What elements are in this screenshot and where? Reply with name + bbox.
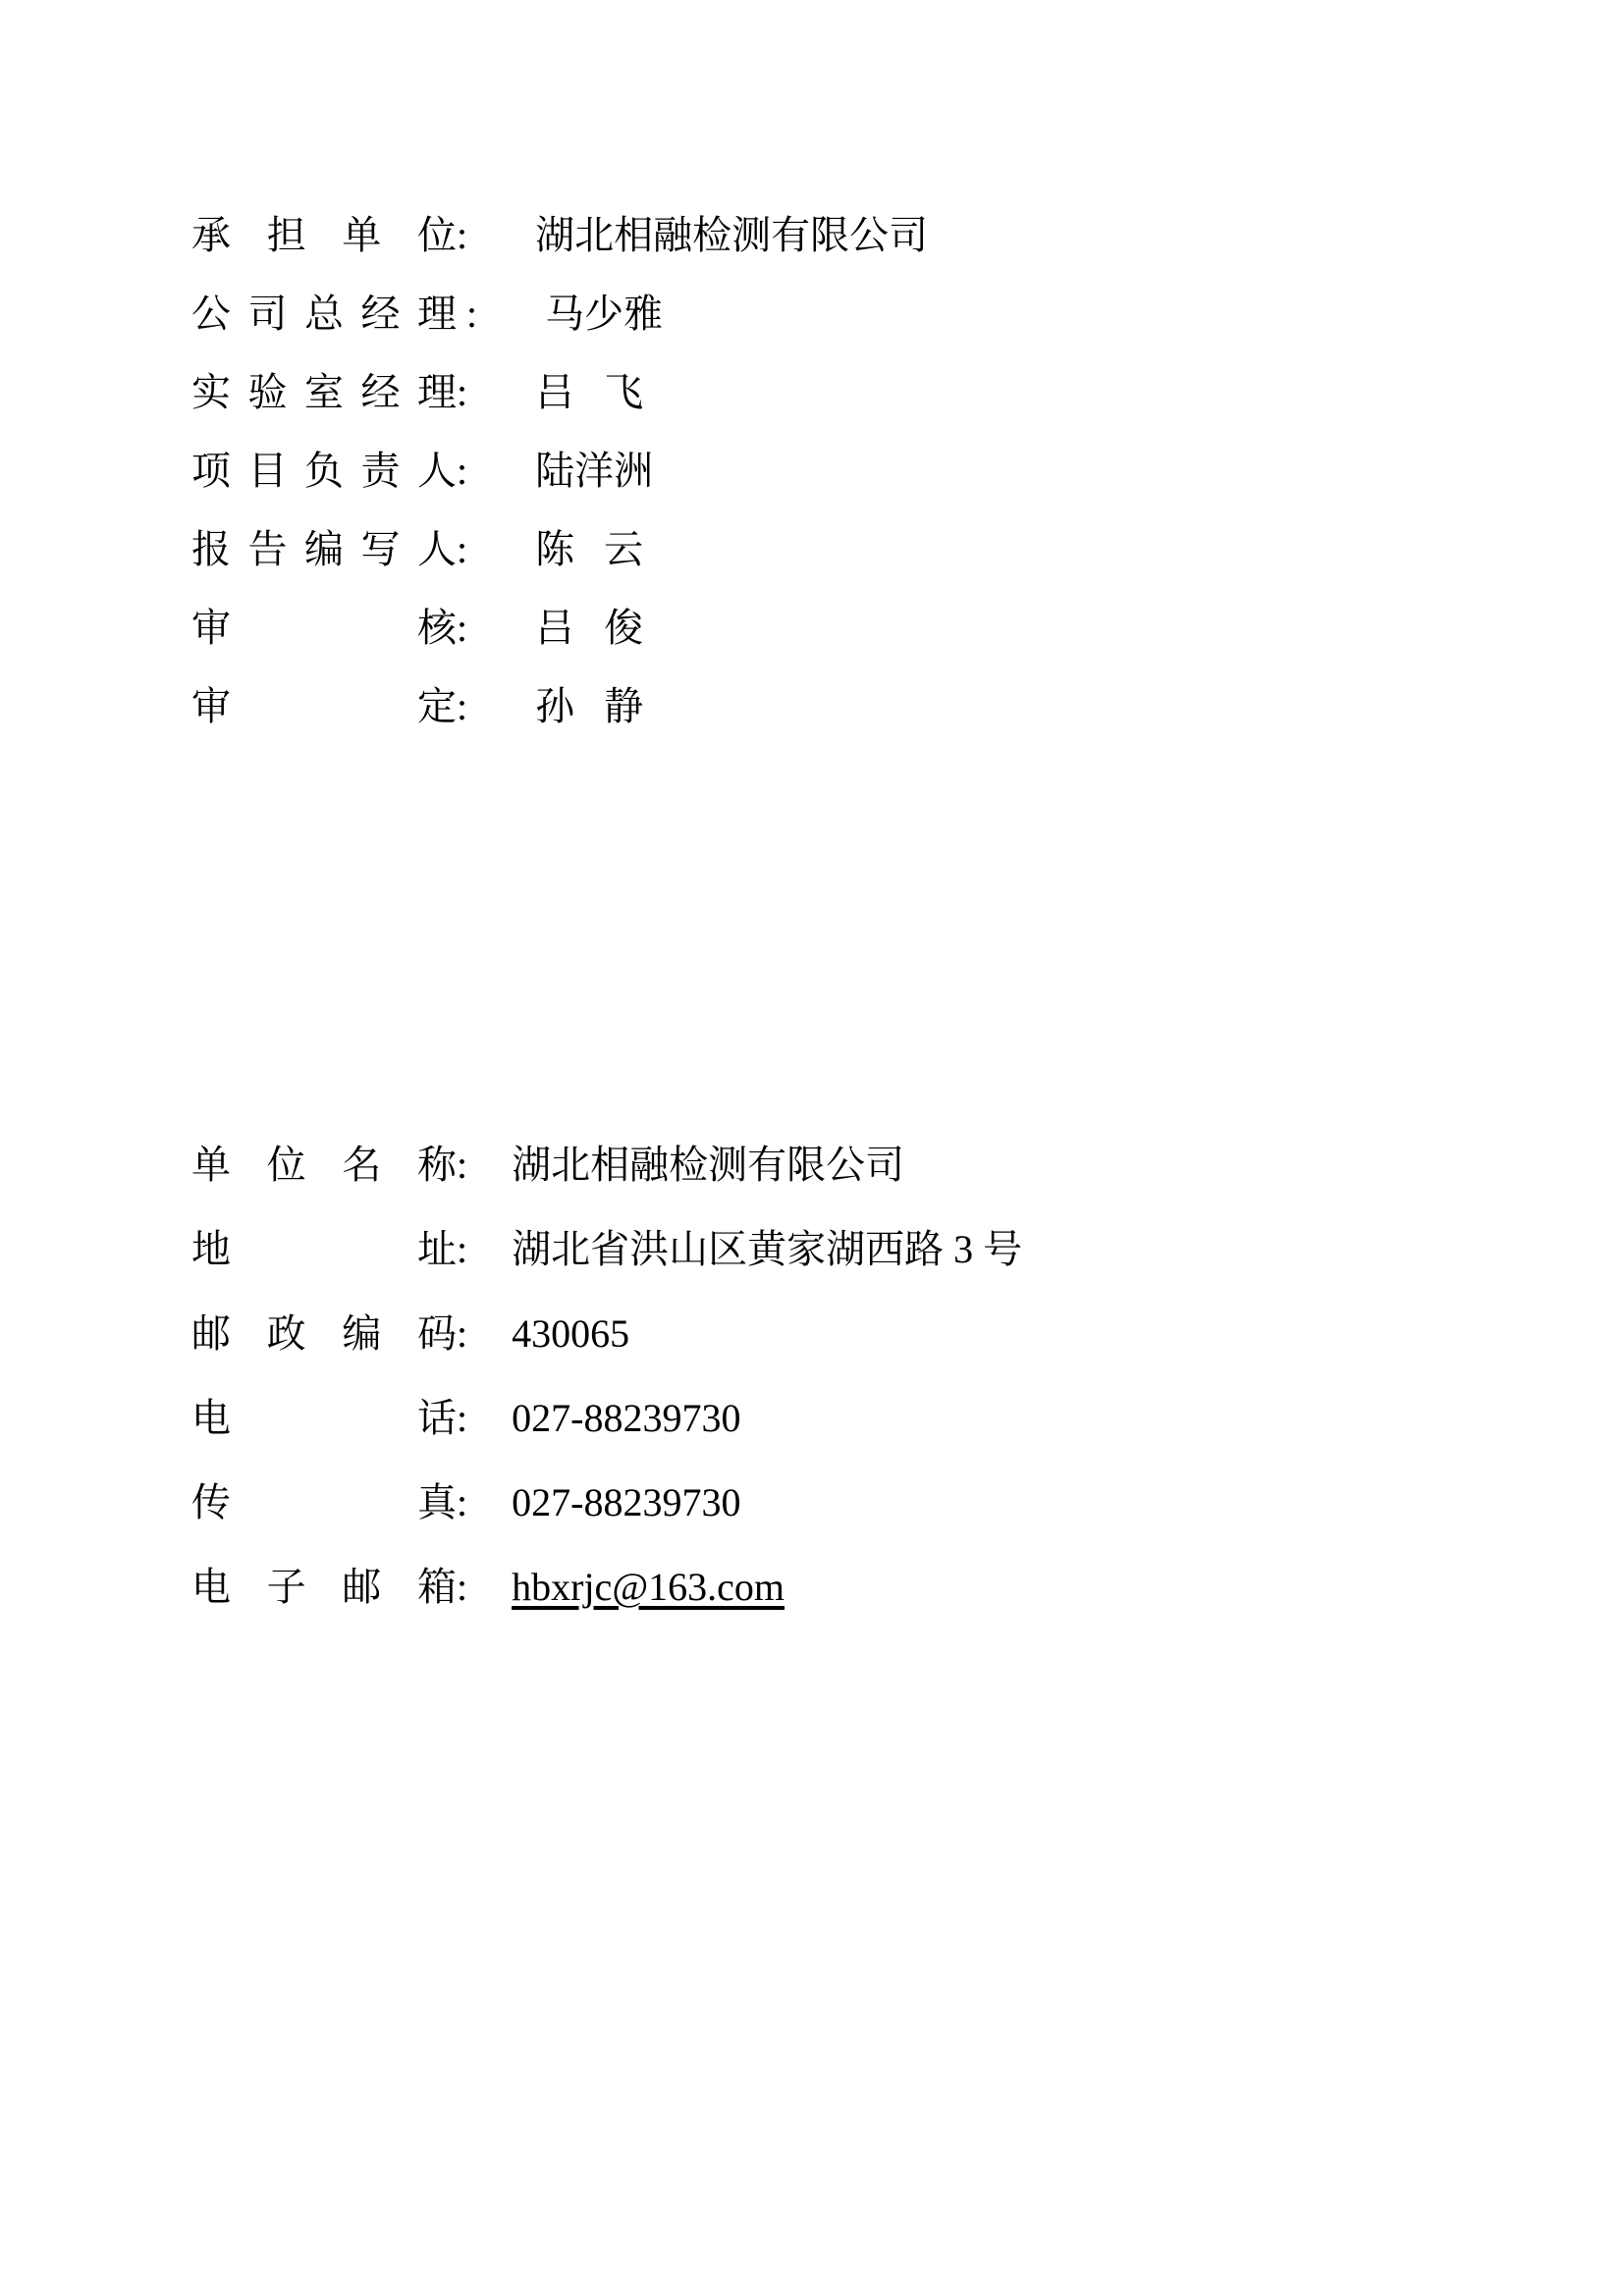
fax-value: 027-88239730 (512, 1477, 740, 1528)
row-general-manager: 公司总经理 :马少雅 (191, 289, 928, 340)
approver-value: 孙 静 (535, 681, 643, 732)
company-name-label: 单位名称 (191, 1140, 457, 1191)
phone-colon: : (457, 1393, 467, 1444)
row-reviewer: 审核:吕 俊 (191, 603, 928, 654)
lab-manager-value: 吕 飞 (535, 367, 643, 418)
row-approver: 审定:孙 静 (191, 681, 928, 732)
approver-colon: : (457, 681, 467, 732)
report-writer-label: 报告编写人 (191, 524, 457, 575)
row-address: 地址:湖北省洪山区黄家湖西路 3 号 (191, 1224, 1022, 1275)
contact-section: 单位名称:湖北相融检测有限公司 地址:湖北省洪山区黄家湖西路 3 号 邮政编码:… (191, 1140, 1022, 1646)
address-colon: : (457, 1224, 467, 1275)
row-undertaking-unit: 承担单位:湖北相融检测有限公司 (191, 210, 928, 261)
reviewer-value: 吕 俊 (535, 603, 643, 654)
project-leader-label: 项目负责人 (191, 446, 457, 497)
lab-manager-colon: : (457, 367, 467, 418)
email-colon: : (457, 1562, 467, 1613)
postal-code-value: 430065 (512, 1308, 629, 1360)
row-company-name: 单位名称:湖北相融检测有限公司 (191, 1140, 1022, 1191)
company-name-colon: : (457, 1140, 467, 1191)
reviewer-colon: : (457, 603, 467, 654)
address-label: 地址 (191, 1224, 457, 1275)
row-report-writer: 报告编写人:陈 云 (191, 524, 928, 575)
project-leader-colon: : (457, 446, 467, 497)
row-project-leader: 项目负责人:陆洋洲 (191, 446, 928, 497)
approver-label: 审定 (191, 681, 457, 732)
row-postal-code: 邮政编码:430065 (191, 1308, 1022, 1360)
undertaking-unit-label: 承担单位 (191, 210, 457, 261)
address-value: 湖北省洪山区黄家湖西路 3 号 (512, 1224, 1022, 1275)
report-writer-colon: : (457, 524, 467, 575)
row-email: 电子邮箱:hbxrjc@163.com (191, 1562, 1022, 1613)
row-phone: 电话:027-88239730 (191, 1393, 1022, 1444)
undertaking-unit-value: 湖北相融检测有限公司 (535, 210, 928, 261)
project-leader-value: 陆洋洲 (535, 446, 653, 497)
fax-colon: : (457, 1477, 467, 1528)
general-manager-value: 马少雅 (545, 289, 663, 340)
row-fax: 传真:027-88239730 (191, 1477, 1022, 1528)
undertaking-unit-colon: : (457, 210, 467, 261)
general-manager-colon: : (457, 289, 477, 340)
report-writer-value: 陈 云 (535, 524, 643, 575)
phone-label: 电话 (191, 1393, 457, 1444)
email-label: 电子邮箱 (191, 1562, 457, 1613)
personnel-section: 承担单位:湖北相融检测有限公司 公司总经理 :马少雅 实验室经理:吕 飞 项目负… (191, 210, 928, 760)
phone-value: 027-88239730 (512, 1393, 740, 1444)
lab-manager-label: 实验室经理 (191, 367, 457, 418)
postal-code-colon: : (457, 1308, 467, 1360)
general-manager-label: 公司总经理 (191, 289, 457, 340)
fax-label: 传真 (191, 1477, 457, 1528)
email-link[interactable]: hbxrjc@163.com (512, 1562, 785, 1613)
document-page: 承担单位:湖北相融检测有限公司 公司总经理 :马少雅 实验室经理:吕 飞 项目负… (0, 0, 1624, 2296)
reviewer-label: 审核 (191, 603, 457, 654)
row-lab-manager: 实验室经理:吕 飞 (191, 367, 928, 418)
postal-code-label: 邮政编码 (191, 1308, 457, 1360)
company-name-value: 湖北相融检测有限公司 (512, 1140, 904, 1191)
